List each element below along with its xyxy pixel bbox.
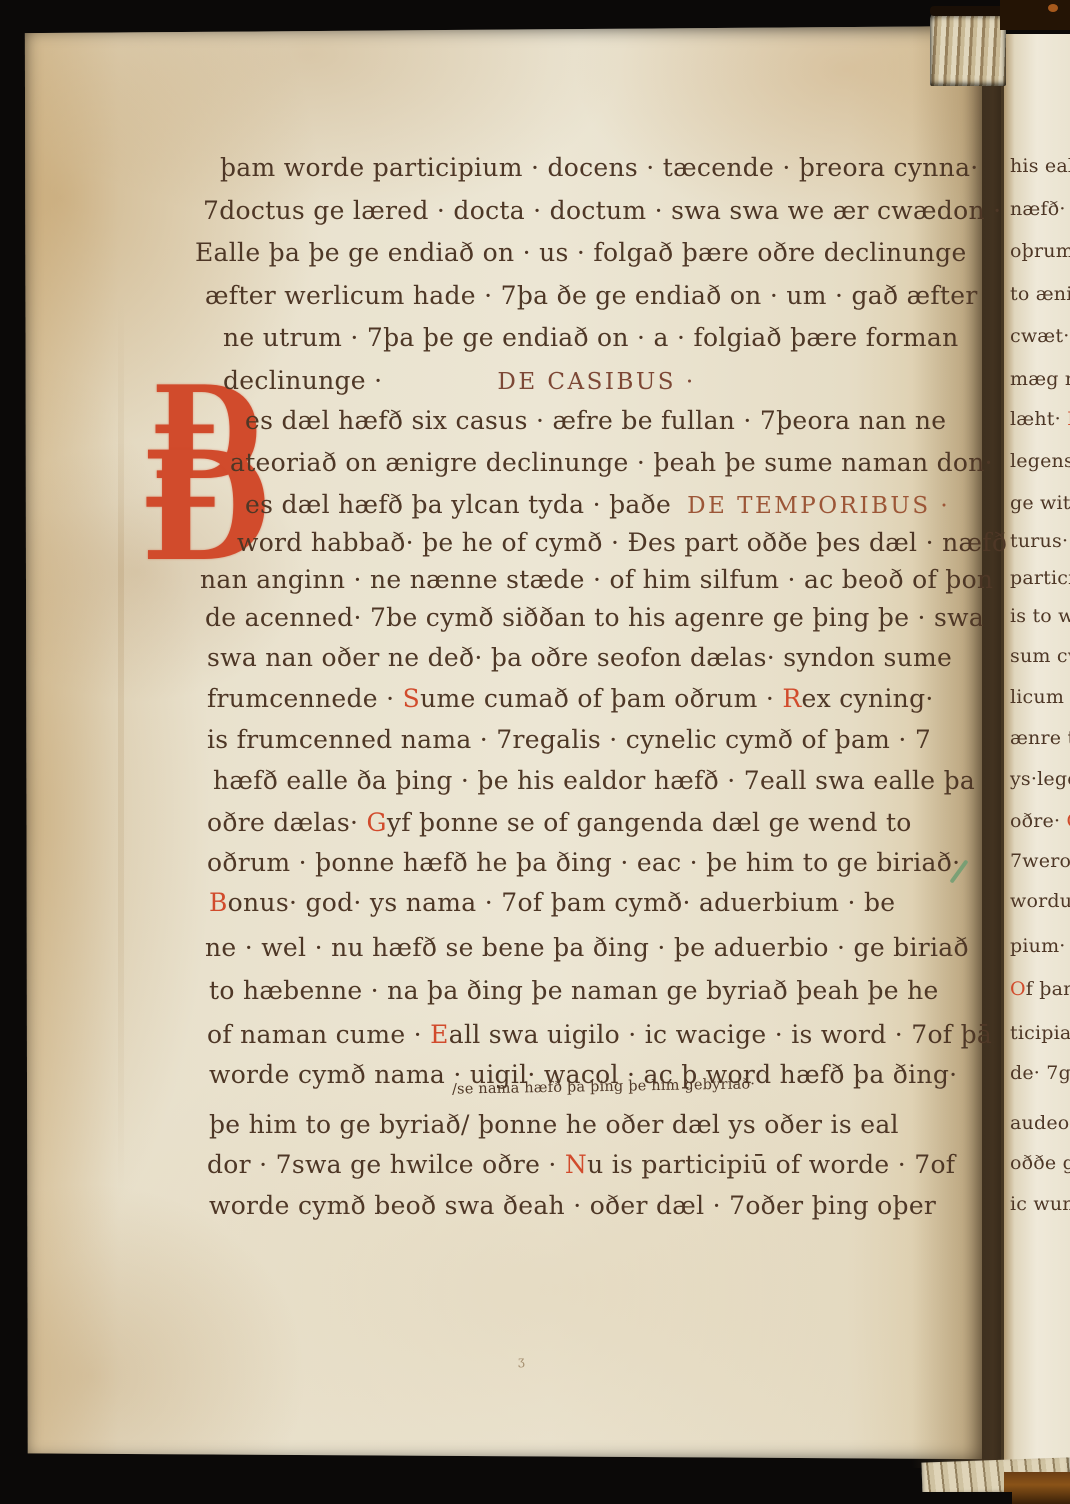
manuscript-line: to hæbenne · na þa ðing þe naman ge byri…: [209, 978, 939, 1003]
manuscript-text: næfð·: [1010, 198, 1070, 220]
manuscript-line: þe him to ge byriað/ þonne he oðer dæl y…: [209, 1112, 899, 1137]
manuscript-text: word habbað· þe he of cymð · Đes part oð…: [237, 528, 1007, 557]
manuscript-text: es dæl hæfð six casus · æfre be fullan ·…: [245, 406, 946, 435]
manuscript-text: þe him to ge byriað/ þonne he oðer dæl y…: [209, 1110, 899, 1139]
manuscript-text: yf þonne se of gangenda dæl ge wend to: [387, 808, 912, 837]
manuscript-text: de· 7gau: [1010, 1062, 1070, 1084]
manuscript-line: declinunge ·DE CASIBUS ·: [223, 368, 696, 394]
manuscript-text: oþrum cur: [1010, 240, 1070, 262]
manuscript-text: declinunge ·: [223, 366, 382, 395]
sliver-line: ic wunig: [1010, 1193, 1070, 1215]
leather-highlight: [1048, 4, 1058, 12]
manuscript-line: þam worde participium · docens · tæcende…: [220, 155, 979, 180]
sliver-line: his ealdor: [1010, 155, 1070, 177]
sliver-line: turus· tæ: [1010, 530, 1070, 552]
manuscript-text: ys·lege: [1010, 768, 1070, 790]
manuscript-text: swa nan oðer ne deð· þa oðre seofon dæla…: [207, 643, 952, 672]
manuscript-line: hæfð ealle ða þing · þe his ealdor hæfð …: [213, 768, 975, 793]
parchment-stain: [118, 300, 124, 1200]
manuscript-line: Bonus· god· ys nama · 7of þam cymð· adue…: [209, 890, 895, 915]
manuscript-text: de acenned· 7be cymð siððan to his agenr…: [205, 603, 984, 632]
binding-edge: [930, 6, 1006, 16]
sliver-line: pium·: [1010, 935, 1066, 957]
manuscript-line: is frumcenned nama · 7regalis · cynelic …: [207, 727, 931, 752]
manuscript-text: cwæt· fr: [1010, 325, 1070, 347]
manuscript-text: to hæbenne · na þa ðing þe naman ge byri…: [209, 976, 939, 1005]
sliver-line: mæg ner: [1010, 368, 1070, 390]
manuscript-line: es dæl hæfð six casus · æfre be fullan ·…: [245, 408, 946, 433]
rubricated-letter: E: [430, 1020, 449, 1049]
manuscript-line: word habbað· þe he of cymð · Đes part oð…: [237, 530, 1007, 555]
ink-speck: ʒ: [518, 1354, 532, 1364]
manuscript-text: all swa uigilo · ic wacige · is word · 7…: [449, 1020, 992, 1049]
facing-page-sliver: his ealdornæfð· Spiloþrum curto ænigumcw…: [1004, 34, 1070, 1480]
rubricated-letter: G: [367, 808, 387, 837]
rubric-heading: DE TEMPORIBUS ·: [687, 493, 950, 519]
manuscript-text: legens· p: [1010, 450, 1070, 472]
sliver-line: oþrum cur: [1010, 240, 1070, 262]
manuscript-text: ume cumað of þam oðrum ·: [420, 684, 782, 713]
sliver-line: 7weror: [1010, 850, 1070, 872]
manuscript-text: es dæl hæfð þa ylcan tyda · þaðe: [245, 490, 671, 519]
manuscript-photo: his ealdornæfð· Spiloþrum curto ænigumcw…: [0, 0, 1070, 1504]
manuscript-line: oðrum · þonne hæfð he þa ðing · eac · þe…: [207, 850, 960, 875]
leather-cover-bottom: [1004, 1472, 1070, 1504]
manuscript-text: turus· tæ: [1010, 530, 1070, 552]
manuscript-text: oðre·: [1010, 810, 1066, 832]
manuscript-text: is frumcenned nama · 7regalis · cynelic …: [207, 725, 931, 754]
manuscript-text: æfter werlicum hade · 7þa ðe ge endiað o…: [205, 281, 978, 310]
sliver-line: wordum: [1010, 890, 1070, 912]
sliver-line: licum w: [1010, 686, 1070, 708]
manuscript-text: 7doctus ge læred · docta · doctum · swa …: [203, 196, 1001, 225]
manuscript-text: þam worde participium · docens · tæcende…: [220, 153, 979, 182]
manuscript-line: æfter werlicum hade · 7þa ðe ge endiað o…: [205, 283, 978, 308]
manuscript-text: his ealdor: [1010, 155, 1070, 177]
manuscript-text: ne · wel · nu hæfð se bene þa ðing · þe …: [205, 933, 969, 962]
rubricated-letter: S: [403, 684, 420, 713]
sliver-line: cwæt· fr: [1010, 325, 1070, 347]
sliver-line: ys·lege: [1010, 768, 1070, 790]
manuscript-text: læht·: [1010, 408, 1067, 430]
rubricated-letter: O: [1010, 978, 1026, 1000]
manuscript-line: oðre dælas· Gyf þonne se of gangenda dæl…: [207, 810, 912, 835]
manuscript-text: Ealle þa þe ge endiað on · us · folgað þ…: [195, 238, 967, 267]
rubricated-letter: N: [565, 1150, 587, 1179]
manuscript-text: worde cymð beoð swa ðeah · oðer dæl · 7o…: [209, 1191, 936, 1220]
manuscript-text: of naman cume ·: [207, 1020, 430, 1049]
sliver-line: læht· Pa: [1010, 408, 1070, 430]
manuscript-line: es dæl hæfð þa ylcan tyda · þaðeDE TEMPO…: [245, 492, 950, 518]
manuscript-text: ex cyning·: [802, 684, 934, 713]
sliver-line: oððe ge d: [1010, 1152, 1070, 1174]
rubric-heading: DE CASIBUS ·: [497, 369, 695, 395]
manuscript-text: onus· god· ys nama · 7of þam cymð· aduer…: [228, 888, 896, 917]
manuscript-text: dor · 7swa ge hwilce oðre ·: [207, 1150, 565, 1179]
manuscript-text: 7weror: [1010, 850, 1070, 872]
manuscript-text: u is participiū of worde · 7of: [587, 1150, 955, 1179]
manuscript-text: f þan: [1026, 978, 1070, 1000]
manuscript-text: ic wunig: [1010, 1193, 1070, 1215]
manuscript-text: to ænigum: [1010, 283, 1070, 305]
manuscript-text: oððe ge d: [1010, 1152, 1070, 1174]
rubricated-letter: R: [782, 684, 801, 713]
manuscript-text: hæfð ealle ða þing · þe his ealdor hæfð …: [213, 766, 975, 795]
manuscript-line: ne utrum · 7þa þe ge endiað on · a · fol…: [223, 325, 959, 350]
manuscript-line: nan anginn · ne nænne stæde · of him sil…: [200, 567, 993, 592]
leather-cover-top: [1000, 0, 1070, 30]
manuscript-text: is to wer: [1010, 605, 1070, 627]
manuscript-text: licum w: [1010, 686, 1070, 708]
manuscript-text: ænre tid: [1010, 727, 1070, 749]
sliver-line: to ænigum: [1010, 283, 1070, 305]
sliver-line: legens· p: [1010, 450, 1070, 472]
sliver-line: audeo·ic d: [1010, 1112, 1070, 1134]
sliver-line: particip: [1010, 567, 1070, 589]
sliver-line: ænre tid: [1010, 727, 1070, 749]
shadow-corner: [922, 1492, 1012, 1504]
manuscript-line: of naman cume · Eall swa uigilo · ic wac…: [207, 1022, 992, 1047]
manuscript-text: ticipia: [1010, 1022, 1070, 1044]
sliver-line: is to wer: [1010, 605, 1070, 627]
manuscript-text: mæg ner: [1010, 368, 1070, 390]
manuscript-text: ne utrum · 7þa þe ge endiað on · a · fol…: [223, 323, 959, 352]
manuscript-text: particip: [1010, 567, 1070, 589]
sliver-line: de· 7gau: [1010, 1062, 1070, 1084]
sliver-line: Of þan: [1010, 978, 1070, 1000]
rubricated-letter: G: [1066, 810, 1070, 832]
sliver-line: ge witen ·: [1010, 492, 1070, 514]
manuscript-line: Ealle þa þe ge endiað on · us · folgað þ…: [195, 240, 967, 265]
manuscript-line: dor · 7swa ge hwilce oðre · Nu is partic…: [207, 1152, 955, 1177]
manuscript-text: nan anginn · ne nænne stæde · of him sil…: [200, 565, 993, 594]
rubricated-letter: B: [209, 888, 228, 917]
manuscript-line: ateoriað on ænigre declinunge · þeah þe …: [230, 450, 993, 475]
manuscript-line: frumcennede · Sume cumað of þam oðrum · …: [207, 686, 934, 711]
manuscript-text: wordum: [1010, 890, 1070, 912]
sliver-line: oðre· G: [1010, 810, 1070, 832]
sliver-line: ticipia: [1010, 1022, 1070, 1044]
sliver-line: næfð· Spil: [1010, 198, 1070, 220]
sliver-line: sum cwæ: [1010, 645, 1070, 667]
manuscript-text: ateoriað on ænigre declinunge · þeah þe …: [230, 448, 993, 477]
manuscript-text: oðre dælas·: [207, 808, 367, 837]
manuscript-text: sum cwæ: [1010, 645, 1070, 667]
manuscript-text: ge witen ·: [1010, 492, 1070, 514]
manuscript-line: ne · wel · nu hæfð se bene þa ðing · þe …: [205, 935, 969, 960]
manuscript-line: 7doctus ge læred · docta · doctum · swa …: [203, 198, 1001, 223]
manuscript-line: de acenned· 7be cymð siððan to his agenr…: [205, 605, 984, 630]
manuscript-text: pium·: [1010, 935, 1066, 957]
manuscript-line: swa nan oðer ne deð· þa oðre seofon dæla…: [207, 645, 952, 670]
manuscript-line: worde cymð beoð swa ðeah · oðer dæl · 7o…: [209, 1193, 936, 1218]
manuscript-text: audeo·ic d: [1010, 1112, 1070, 1134]
manuscript-text: frumcennede ·: [207, 684, 403, 713]
manuscript-text: oðrum · þonne hæfð he þa ðing · eac · þe…: [207, 848, 960, 877]
binding-headband: [930, 12, 1006, 86]
